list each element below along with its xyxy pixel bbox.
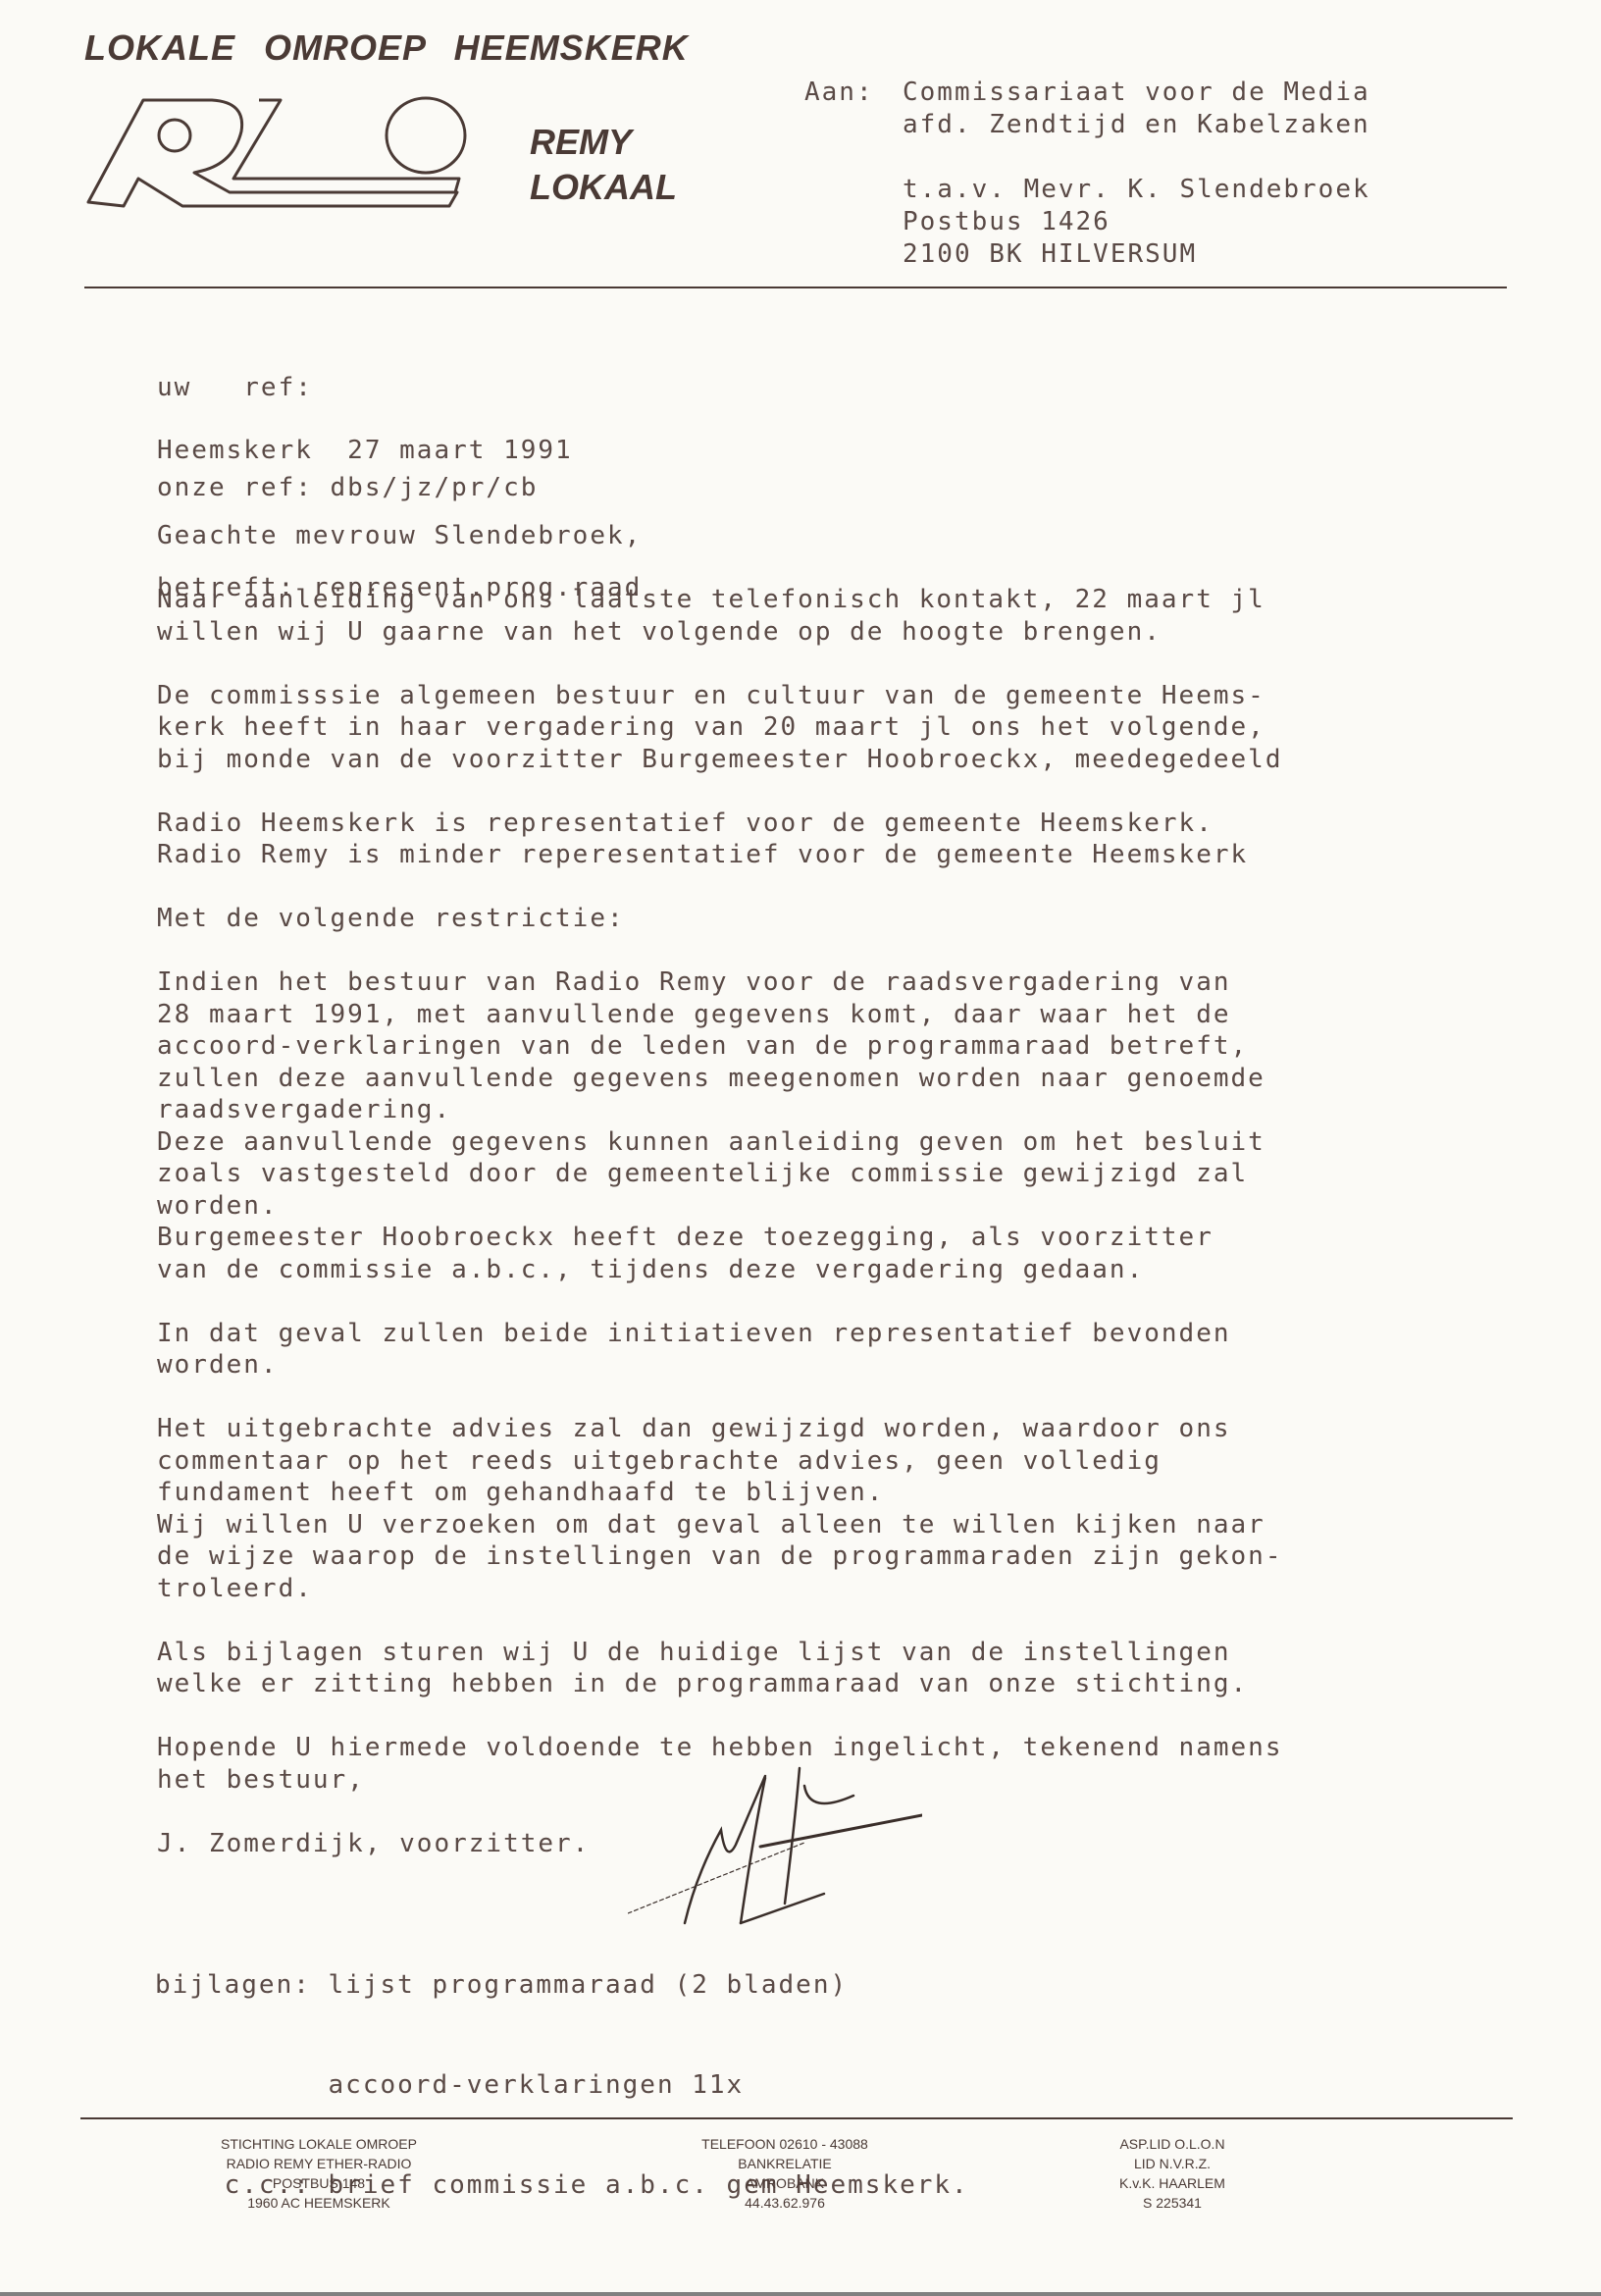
attachments-block: bijlagen: lijst programmaraad (2 bladen)…: [155, 1902, 969, 2269]
body-paragraph: Radio Heemskerk is representatief voor d…: [157, 808, 1452, 871]
footer-line: POSTBUS 148: [196, 2173, 441, 2193]
recipient-address: Aan:Commissariaat voor de Media afd. Zen…: [804, 77, 1370, 271]
footer-line: 44.43.62.976: [667, 2193, 903, 2213]
header-divider: [84, 287, 1507, 288]
footer-line: ASP.LID O.L.O.N: [1079, 2134, 1265, 2154]
body-paragraph: Het uitgebrachte advies zal dan gewijzig…: [157, 1413, 1452, 1604]
footer-line: STICHTING LOKALE OMROEP: [196, 2134, 441, 2154]
footer-line: RADIO REMY ETHER-RADIO: [196, 2154, 441, 2173]
recipient-label: Aan:: [804, 77, 903, 109]
recipient-line: Postbus 1426: [903, 206, 1110, 238]
recipient-line: Commissariaat voor de Media: [903, 77, 1370, 109]
footer-col-contact: TELEFOON 02610 - 43088 BANKRELATIE AMROB…: [667, 2134, 903, 2213]
scan-edge-bar: [0, 2292, 1601, 2296]
rl-logo-icon: [84, 94, 496, 212]
footer-line: 1960 AC HEEMSKERK: [196, 2193, 441, 2213]
body-paragraph: De commisssie algemeen bestuur en cultuu…: [157, 680, 1452, 776]
attachment-line: bijlagen: lijst programmaraad (2 bladen): [155, 1968, 969, 2002]
footer-divider: [80, 2117, 1513, 2119]
attachment-line: accoord-verklaringen 11x: [155, 2068, 969, 2102]
footer-line: S 225341: [1079, 2193, 1265, 2213]
body-paragraph: In dat geval zullen beide initiatieven r…: [157, 1318, 1452, 1382]
footer-line: BANKRELATIE: [667, 2154, 903, 2173]
recipient-line: afd. Zendtijd en Kabelzaken: [903, 109, 1370, 141]
footer-line: LID N.V.R.Z.: [1079, 2154, 1265, 2173]
brand-line-1: REMY: [530, 120, 677, 165]
body-paragraph: Met de volgende restrictie:: [157, 903, 1452, 935]
recipient-line: 2100 BK HILVERSUM: [903, 238, 1197, 271]
brand-line-2: LOKAAL: [530, 165, 677, 210]
place-date: Heemskerk 27 maart 1991: [157, 436, 573, 465]
body-paragraph: Als bijlagen sturen wij U de huidige lij…: [157, 1637, 1452, 1700]
body-paragraph: Naar aanleiding van ons laatste telefoni…: [157, 584, 1452, 648]
footer-line: TELEFOON 02610 - 43088: [667, 2134, 903, 2154]
footer-col-address: STICHTING LOKALE OMROEP RADIO REMY ETHER…: [196, 2134, 441, 2213]
organization-name: LOKALE OMROEP HEEMSKERK: [84, 27, 689, 69]
brand-name: REMY LOKAAL: [530, 120, 677, 210]
our-reference: onze ref: dbs/jz/pr/cb: [157, 471, 642, 504]
salutation: Geachte mevrouw Slendebroek,: [157, 520, 1452, 552]
letter-page: LOKALE OMROEP HEEMSKERK REMY LOKAAL Aan:…: [0, 0, 1601, 2296]
recipient-line: t.a.v. Mevr. K. Slendebroek: [903, 174, 1370, 206]
body-paragraph: Indien het bestuur van Radio Remy voor d…: [157, 966, 1452, 1285]
your-reference: uw ref:: [157, 371, 642, 404]
footer-col-registration: ASP.LID O.L.O.N LID N.V.R.Z. K.v.K. HAAR…: [1079, 2134, 1265, 2213]
footer-line: K.v.K. HAARLEM: [1079, 2173, 1265, 2193]
letter-body: Geachte mevrouw Slendebroek, Naar aanlei…: [157, 520, 1452, 1892]
footer-line: AMROBANK: [667, 2173, 903, 2193]
